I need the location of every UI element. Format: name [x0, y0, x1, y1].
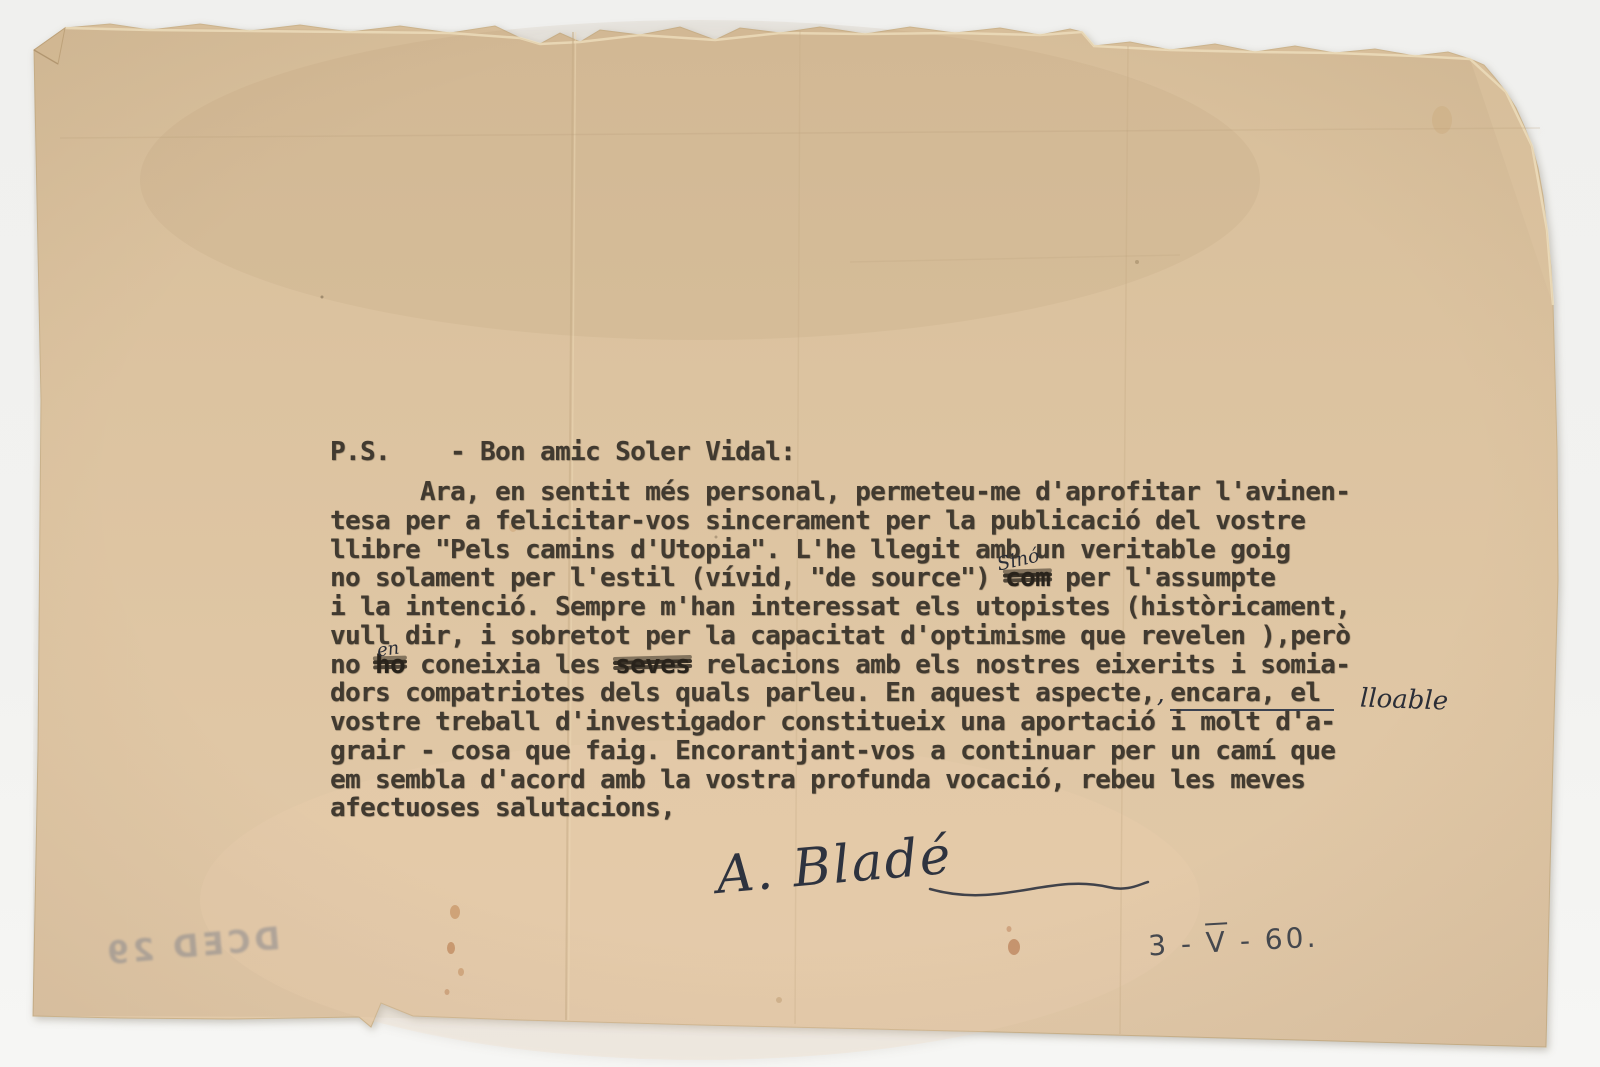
- date-year: - 60.: [1227, 921, 1319, 959]
- typed-line-2: Ara, en sentit més personal, permeteu-me…: [330, 478, 1350, 507]
- typed-line-5: no solament per l'estil (vívid, "de sour…: [330, 564, 1275, 593]
- typed-line-3: tesa per a felicitar-vos sincerament per…: [330, 507, 1305, 536]
- line-text: vostre treball d'investigador constituei…: [330, 707, 1335, 737]
- ps-salutation: P.S. - Bon amic Soler Vidal:: [330, 437, 795, 467]
- signature-text: A. Bladé: [710, 826, 955, 907]
- line-text: afectuoses salutacions,: [330, 793, 675, 823]
- typed-line-7: vull dir, i sobretot per la capacitat d'…: [330, 622, 1350, 651]
- line-text: no solament per l'estil (vívid, "de sour…: [330, 563, 1005, 593]
- signature-flourish: [930, 882, 1148, 895]
- typed-line-12: em sembla d'acord amb la vostra profunda…: [330, 766, 1305, 795]
- line-text: no: [330, 650, 375, 680]
- struck-word: seves: [615, 651, 690, 680]
- line-text: coneixia les: [405, 650, 615, 680]
- typed-line-13: afectuoses salutacions,: [330, 794, 675, 823]
- typed-line-4: llibre "Pels camins d'Utopia". L'he lleg…: [330, 536, 1290, 565]
- line-text: dors compatriotes dels quals parleu. En …: [330, 678, 1170, 708]
- line-text: i la intenció. Sempre m'han interessat e…: [330, 592, 1350, 622]
- typed-line-11: grair - cosa que faig. Encorantjant-vos …: [330, 737, 1335, 766]
- line-text: grair - cosa que faig. Encorantjant-vos …: [330, 736, 1335, 766]
- handwritten-en: en: [375, 634, 401, 666]
- line-text: tesa per a felicitar-vos sincerament per…: [330, 506, 1305, 536]
- scanned-letter-page: P.S. - Bon amic Soler Vidal: Ara, en sen…: [0, 0, 1600, 1067]
- struck-word-wrap: hoen: [375, 651, 405, 680]
- signature-block: A. Bladé: [690, 815, 1170, 930]
- typed-line-1: P.S. - Bon amic Soler Vidal:: [330, 438, 795, 467]
- line-text: per l'assumpte: [1050, 563, 1275, 593]
- shade-top: [140, 20, 1260, 340]
- date-month-roman: V: [1205, 922, 1229, 959]
- line-text: relacions amb els nostres eixerits i som…: [690, 650, 1350, 680]
- typed-line-8: no hoen coneixia les seves relacions amb…: [330, 651, 1350, 680]
- line-text: em sembla d'acord amb la vostra profunda…: [330, 765, 1305, 795]
- line-text: llibre "Pels camins d'Utopia". L'he lleg…: [330, 535, 1290, 565]
- struck-word-wrap: comSinó: [1005, 564, 1050, 593]
- typed-line-10: vostre treball d'investigador constituei…: [330, 708, 1335, 737]
- typed-line-6: i la intenció. Sempre m'han interessat e…: [330, 593, 1350, 622]
- insertion-caret: ’: [1156, 696, 1164, 725]
- line-text: Ara, en sentit més personal, permeteu-me…: [330, 477, 1350, 507]
- typed-line-9: dors compatriotes dels quals parleu. En …: [330, 679, 1334, 708]
- date-day: 3 -: [1147, 926, 1206, 962]
- handwritten-lloable: lloable: [1360, 684, 1449, 716]
- line-text: vull dir, i sobretot per la capacitat d'…: [330, 621, 1350, 651]
